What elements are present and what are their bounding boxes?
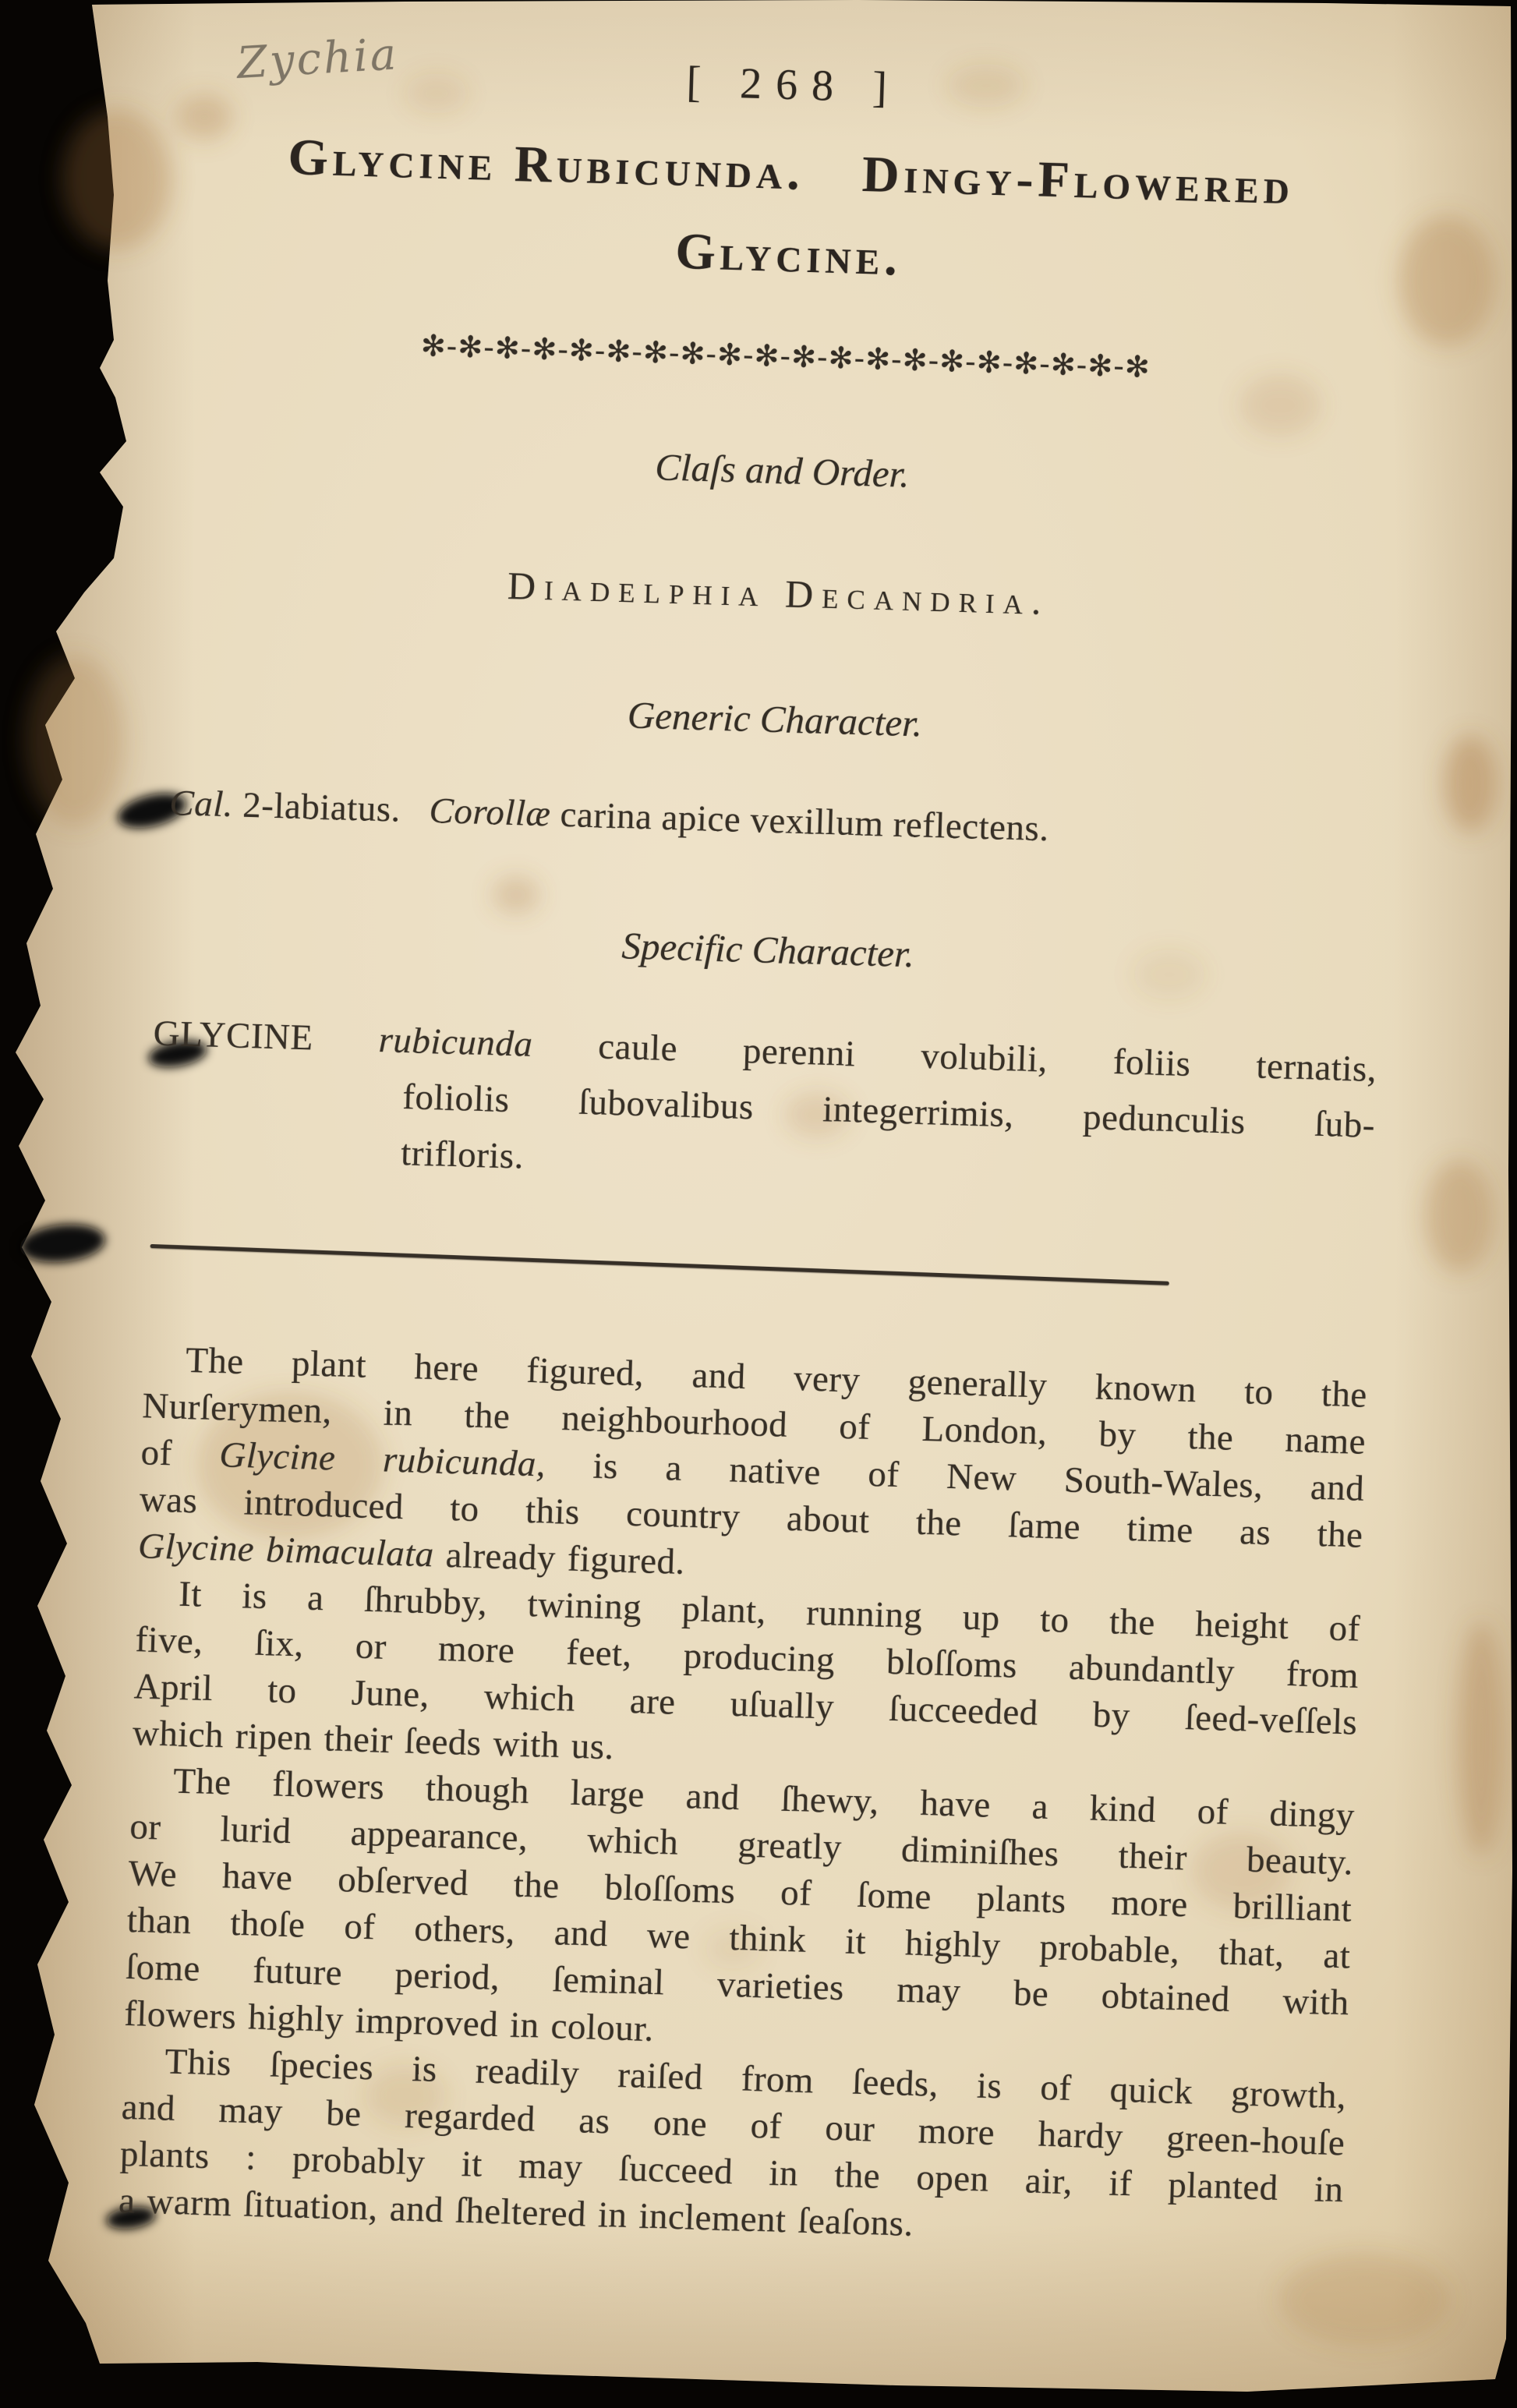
- class-and-order-heading: Claſs and Order.: [170, 430, 1395, 511]
- title-latin-name: Glycine Rubicunda.: [288, 129, 805, 201]
- generic-character-text: Cal. 2-labiatus. Corollæ carina apice ve…: [160, 782, 1384, 861]
- divider-rule: [150, 1244, 1169, 1285]
- paragraph: The flowers though large and ſhewy, have…: [124, 1756, 1356, 2073]
- class-and-order-value: Diadelphia Decandria.: [166, 553, 1391, 635]
- handwritten-annotation: Zychia: [235, 29, 400, 89]
- title-common-name: Dingy-Flowered: [861, 146, 1295, 215]
- title-line-2: Glycine.: [176, 207, 1402, 303]
- specific-character-heading: Specific Character.: [156, 910, 1381, 991]
- title-gap: [804, 189, 861, 191]
- paragraph: The plant here figured, and very general…: [137, 1335, 1367, 1605]
- text-segment: of: [140, 1432, 220, 1475]
- paragraph: It is a ſhrubby, twining plant, running …: [132, 1569, 1360, 1792]
- fleuron-divider: ✻-✻-✻-✻-✻-✻-✻-✻-✻-✻-✻-✻-✻-✻-✻-✻-✻-✻-✻-✻: [174, 321, 1399, 392]
- text-segment: carina apice vexillum reflectens.: [550, 794, 1050, 849]
- body-text: The plant here figured, and very general…: [118, 1335, 1367, 2260]
- title-line-1: Glycine Rubicunda.Dingy-Flowered: [179, 125, 1404, 221]
- generic-character-heading: Generic Character.: [163, 679, 1388, 760]
- text-segment: GLYCINE: [153, 1013, 380, 1060]
- page-content: Zychia [ 268 ] Glycine Rubicunda.Dingy-F…: [118, 28, 1406, 2260]
- text-segment: 2-labiatus.: [232, 784, 430, 830]
- italic-text-segment: Glycine rubicunda,: [219, 1434, 546, 1484]
- paragraph: This ſpecies is readily raiſed from ſeed…: [118, 2037, 1346, 2260]
- italic-text-segment: rubicunda: [378, 1020, 533, 1065]
- italic-text-segment: Corollæ: [429, 790, 551, 835]
- text-segment: already figured.: [433, 1534, 685, 1582]
- italic-text-segment: Cal.: [169, 783, 234, 825]
- scanned-book-page: { "colors":{ "background":"#070503", "pa…: [0, 0, 1517, 2408]
- italic-text-segment: Glycine bimaculata: [137, 1526, 434, 1575]
- text-segment: trifloris.: [401, 1133, 525, 1177]
- specific-character-text: GLYCINE rubicunda caule perenni volubili…: [149, 1005, 1377, 1209]
